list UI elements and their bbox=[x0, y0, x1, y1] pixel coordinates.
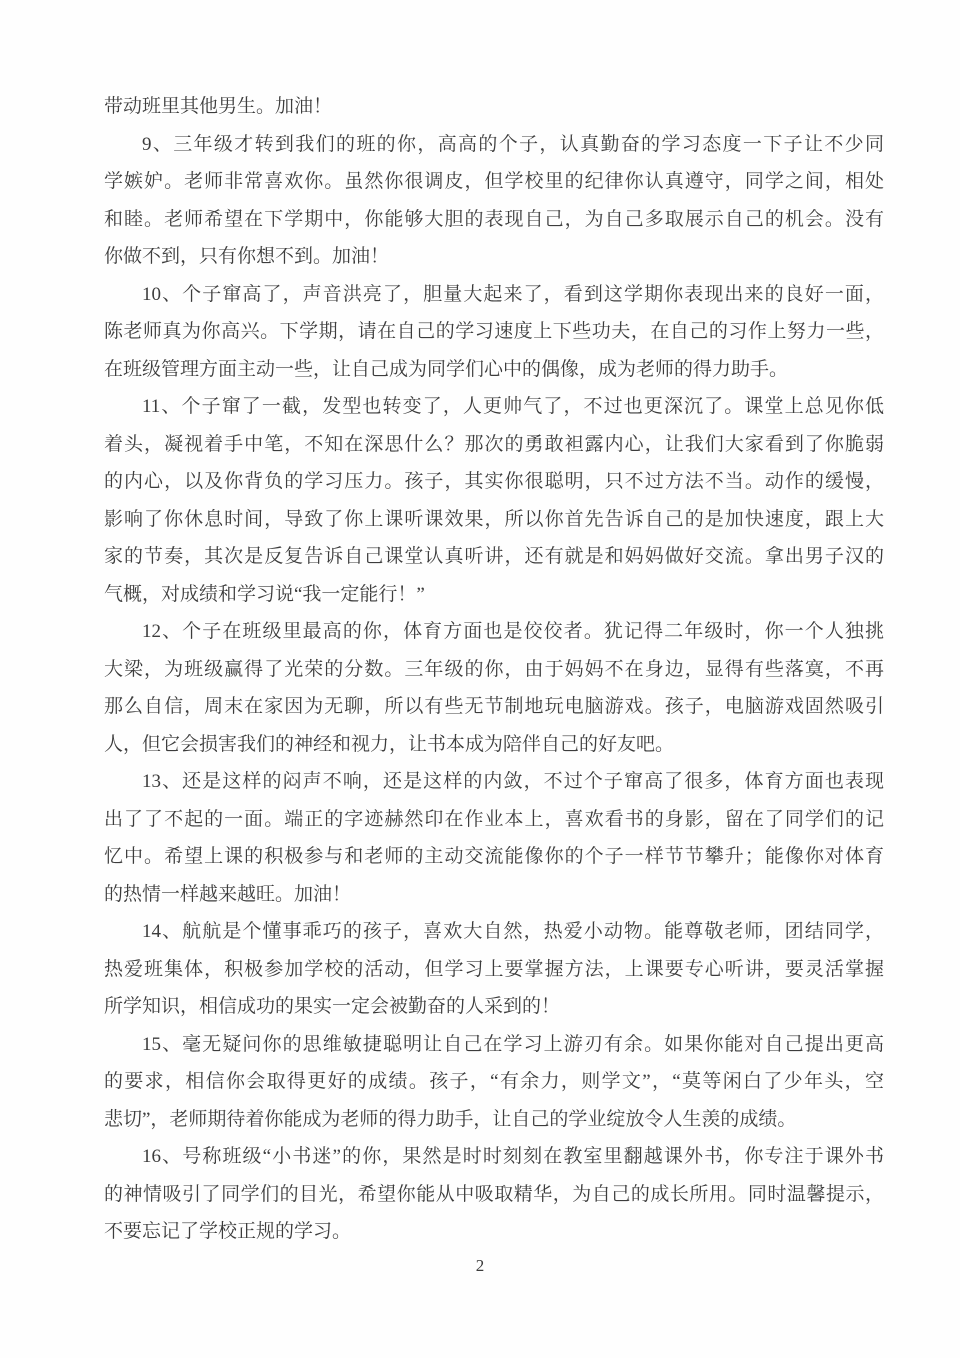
document-line: 的热情一样越来越旺。加油！ bbox=[104, 876, 884, 914]
document-line: 的内心，以及你背负的学习压力。孩子，其实你很聪明，只不过方法不当。动作的缓慢， bbox=[104, 463, 884, 501]
document-line: 13、还是这样的闷声不响，还是这样的内敛，不过个子窜高了很多，体育方面也表现 bbox=[104, 763, 884, 801]
document-line: 15、毫无疑问你的思维敏捷聪明让自己在学习上游刃有余。如果你能对自己提出更高 bbox=[104, 1026, 884, 1064]
document-line: 着头，凝视着手中笔，不知在深思什么？那次的勇敢袒露内心，让我们大家看到了你脆弱 bbox=[104, 426, 884, 464]
document-line: 的神情吸引了同学们的目光，希望你能从中吸取精华，为自己的成长所用。同时温馨提示， bbox=[104, 1176, 884, 1214]
document-line: 的要求，相信你会取得更好的成绩。孩子，“有余力，则学文”，“莫等闲白了少年头，空 bbox=[104, 1063, 884, 1101]
document-line: 10、个子窜高了，声音洪亮了，胆量大起来了，看到这学期你表现出来的良好一面， bbox=[104, 276, 884, 314]
document-line: 16、号称班级“小书迷”的你，果然是时时刻刻在教室里翻越课外书，你专注于课外书 bbox=[104, 1138, 884, 1176]
document-line: 在班级管理方面主动一些，让自己成为同学们心中的偶像，成为老师的得力助手。 bbox=[104, 351, 884, 389]
document-line: 带动班里其他男生。加油！ bbox=[104, 88, 884, 126]
document-line: 12、个子在班级里最高的你，体育方面也是佼佼者。犹记得二年级时，你一个人独挑 bbox=[104, 613, 884, 651]
document-line: 大梁，为班级赢得了光荣的分数。三年级的你，由于妈妈不在身边，显得有些落寞，不再 bbox=[104, 651, 884, 689]
document-text-body: 带动班里其他男生。加油！9、三年级才转到我们的班的你，高高的个子，认真勤奋的学习… bbox=[104, 88, 884, 1251]
document-line: 14、航航是个懂事乖巧的孩子，喜欢大自然，热爱小动物。能尊敬老师，团结同学， bbox=[104, 913, 884, 951]
document-line: 悲切”，老师期待着你能成为老师的得力助手，让自己的学业绽放令人生羡的成绩。 bbox=[104, 1101, 884, 1139]
page-number: 2 bbox=[0, 1254, 960, 1278]
document-line: 那么自信，周末在家因为无聊，所以有些无节制地玩电脑游戏。孩子，电脑游戏固然吸引 bbox=[104, 688, 884, 726]
document-line: 11、个子窜了一截，发型也转变了，人更帅气了，不过也更深沉了。课堂上总见你低 bbox=[104, 388, 884, 426]
document-line: 出了了不起的一面。端正的字迹赫然印在作业本上，喜欢看书的身影，留在了同学们的记 bbox=[104, 801, 884, 839]
document-line: 不要忘记了学校正规的学习。 bbox=[104, 1213, 884, 1251]
document-line: 学嫉妒。老师非常喜欢你。虽然你很调皮，但学校里的纪律你认真遵守，同学之间，相处 bbox=[104, 163, 884, 201]
document-line: 9、三年级才转到我们的班的你，高高的个子，认真勤奋的学习态度一下子让不少同 bbox=[104, 126, 884, 164]
document-line: 你做不到，只有你想不到。加油！ bbox=[104, 238, 884, 276]
document-line: 热爱班集体，积极参加学校的活动，但学习上要掌握方法，上课要专心听讲，要灵活掌握 bbox=[104, 951, 884, 989]
document-line: 家的节奏，其次是反复告诉自己课堂认真听讲，还有就是和妈妈做好交流。拿出男子汉的 bbox=[104, 538, 884, 576]
document-line: 陈老师真为你高兴。下学期，请在自己的学习速度上下些功夫，在自己的习作上努力一些， bbox=[104, 313, 884, 351]
document-line: 气概，对成绩和学习说“我一定能行！” bbox=[104, 576, 884, 614]
document-line: 和睦。老师希望在下学期中，你能够大胆的表现自己，为自己多取展示自己的机会。没有 bbox=[104, 201, 884, 239]
document-line: 忆中。希望上课的积极参与和老师的主动交流能像你的个子一样节节攀升；能像你对体育 bbox=[104, 838, 884, 876]
document-page: 带动班里其他男生。加油！9、三年级才转到我们的班的你，高高的个子，认真勤奋的学习… bbox=[0, 0, 960, 1358]
document-line: 影响了你休息时间，导致了你上课听课效果，所以你首先告诉自己的是加快速度，跟上大 bbox=[104, 501, 884, 539]
document-line: 人，但它会损害我们的神经和视力，让书本成为陪伴自己的好友吧。 bbox=[104, 726, 884, 764]
document-line: 所学知识，相信成功的果实一定会被勤奋的人采到的！ bbox=[104, 988, 884, 1026]
